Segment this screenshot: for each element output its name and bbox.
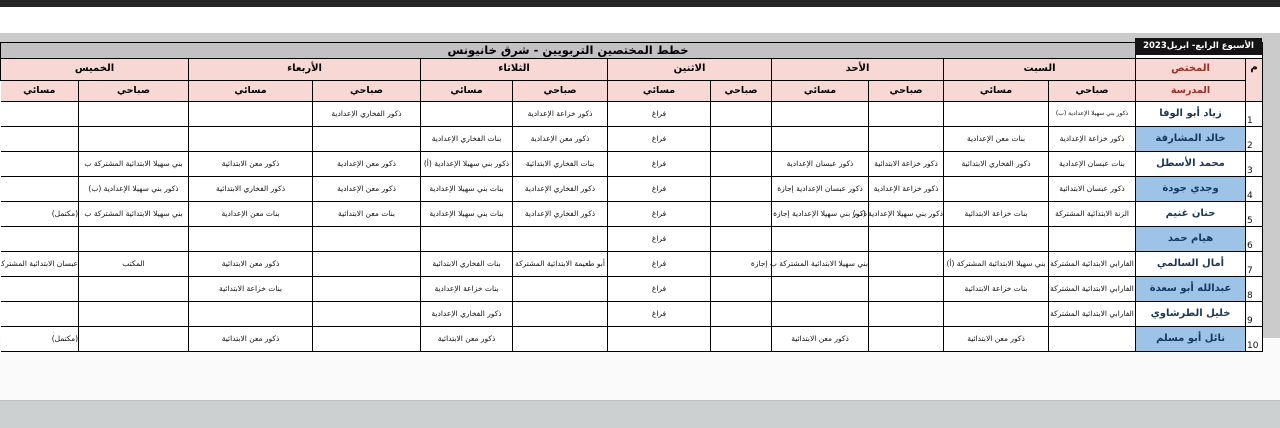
cell-r4-mon_pm[interactable]: فراغ: [608, 177, 711, 202]
cell-r6-mon_am[interactable]: [711, 227, 772, 252]
cell-r1-mon_pm[interactable]: فراغ: [608, 102, 711, 127]
cell-r7-sat_pm[interactable]: بني سهيلا الابتدائية المشتركة (أ): [944, 252, 1049, 277]
row-number-9[interactable]: 9: [1246, 302, 1263, 327]
schedule-row-4: 4وجدي جودةذكور عبسان الابتدائيةذكور خزاع…: [1, 177, 1263, 202]
cell-r7-sun_pm[interactable]: بني سهيلا الابتدائية المشتركة ب إجازة: [772, 252, 869, 277]
cell-r3-tue_pm[interactable]: ذكور بني سهيلا الإعدادية (أ): [421, 152, 513, 177]
cell-r10-mon_am[interactable]: [711, 327, 772, 352]
day-header-sat[interactable]: السبت: [944, 59, 1136, 81]
cell-r5-tue_pm[interactable]: بنات بني سهيلا الإعدادية: [421, 202, 513, 227]
cell-r8-wed_pm[interactable]: بنات خزاعة الابتدائية: [189, 277, 313, 302]
row-number-1[interactable]: 1: [1246, 102, 1263, 127]
period-sat-morning[interactable]: صباحي: [1049, 81, 1136, 102]
cell-r6-sat_am[interactable]: [1049, 227, 1136, 252]
cell-r1-wed_pm[interactable]: [189, 102, 313, 127]
cell-r1-mon_am[interactable]: [711, 102, 772, 127]
cell-r9-sun_am[interactable]: [869, 302, 944, 327]
cell-r7-wed_pm[interactable]: ذكور معن الابتدائية: [189, 252, 313, 277]
cell-r3-thu_am[interactable]: بني سهيلا الابتدائية المشتركة ب: [79, 152, 189, 177]
cell-r7-thu_am[interactable]: المكتب: [79, 252, 189, 277]
period-thu-morning[interactable]: صباحي: [79, 81, 189, 102]
day-header-sun[interactable]: الأحد: [772, 59, 944, 81]
period-sun-morning[interactable]: صباحي: [869, 81, 944, 102]
cell-r3-mon_am[interactable]: [711, 152, 772, 177]
cell-r8-tue_pm[interactable]: بنات خزاعة الإعدادية: [421, 277, 513, 302]
cell-r9-thu_am[interactable]: [79, 302, 189, 327]
cell-r1-tue_am[interactable]: ذكور خزاعة الإعدادية: [513, 102, 608, 127]
cell-r8-mon_pm[interactable]: فراغ: [608, 277, 711, 302]
row-number-6[interactable]: 6: [1246, 227, 1263, 252]
cell-r5-tue_am[interactable]: ذكور الفخاري الإعدادية: [513, 202, 608, 227]
cell-r10-wed_am[interactable]: [313, 327, 421, 352]
cell-r4-tue_pm[interactable]: بنات بني سهيلا الإعدادية: [421, 177, 513, 202]
cell-r7-wed_am[interactable]: [313, 252, 421, 277]
row-number-5[interactable]: 5: [1246, 202, 1263, 227]
sheet-title[interactable]: خطط المختصين التربويين - شرق خانيونس: [1, 43, 1136, 59]
cell-r6-tue_pm[interactable]: [421, 227, 513, 252]
row-number-4[interactable]: 4: [1246, 177, 1263, 202]
cell-r8-thu_am[interactable]: [79, 277, 189, 302]
cell-r2-thu_pm[interactable]: [1, 127, 79, 152]
cell-r8-mon_am[interactable]: [711, 277, 772, 302]
period-thu-evening[interactable]: مسائي: [1, 81, 79, 102]
specialist-header[interactable]: المختص: [1136, 59, 1246, 81]
cell-r3-sat_am[interactable]: بنات عبسان الإعدادية: [1049, 152, 1136, 177]
cell-r10-sat_am[interactable]: [1049, 327, 1136, 352]
cell-r1-sat_am[interactable]: ذكور بني سهيلا الإعدادية (ب): [1049, 102, 1136, 127]
specialist-name-1[interactable]: زياد أبو الوفا: [1136, 102, 1246, 127]
row-number-10[interactable]: 10: [1246, 327, 1263, 352]
cell-r5-wed_am[interactable]: بنات معن الابتدائية: [313, 202, 421, 227]
cell-r1-sat_pm[interactable]: [944, 102, 1049, 127]
cell-r2-wed_am[interactable]: [313, 127, 421, 152]
period-mon-evening[interactable]: مسائي: [608, 81, 711, 102]
cell-r3-sat_pm[interactable]: ذكور الفخاري الابتدائية: [944, 152, 1049, 177]
cell-r9-wed_pm[interactable]: [189, 302, 313, 327]
cell-r3-wed_am[interactable]: ذكور معن الإعدادية: [313, 152, 421, 177]
cell-r3-thu_pm[interactable]: [1, 152, 79, 177]
schedule-row-10: 10نائل أبو مسلمذكور معن الابتدائيةذكور م…: [1, 327, 1263, 352]
specialist-name-9[interactable]: خليل الطرشاوي: [1136, 302, 1246, 327]
cell-r5-sat_am[interactable]: الزنة الابتدائية المشتركة: [1049, 202, 1136, 227]
cell-r4-tue_am[interactable]: ذكور الفخاري الإعدادية: [513, 177, 608, 202]
period-tue-evening[interactable]: مسائي: [421, 81, 513, 102]
schedule-row-2: 2خالد المشارفةذكور خزاعة الإعداديةبنات م…: [1, 127, 1263, 152]
cell-r2-sat_pm[interactable]: بنات معن الإعدادية: [944, 127, 1049, 152]
toolbar-strip: [0, 33, 1280, 42]
cell-r7-tue_pm[interactable]: بنات الفخاري الابتدائية: [421, 252, 513, 277]
cell-r2-sun_am[interactable]: [869, 127, 944, 152]
cell-r1-wed_am[interactable]: ذكور الفخاري الإعدادية: [313, 102, 421, 127]
cell-r8-sat_pm[interactable]: بنات خزاعة الابتدائية: [944, 277, 1049, 302]
cell-r4-sat_am[interactable]: ذكور عبسان الابتدائية: [1049, 177, 1136, 202]
cell-r10-sat_pm[interactable]: ذكور معن الابتدائية: [944, 327, 1049, 352]
cell-r4-sun_pm[interactable]: ذكور عبسان الإعدادية إجازة: [772, 177, 869, 202]
specialist-name-8[interactable]: عبدالله أبو سعدة: [1136, 277, 1246, 302]
cell-r5-thu_pm[interactable]: (مكتمل): [1, 202, 79, 227]
row-number-3[interactable]: 3: [1246, 152, 1263, 177]
cell-r1-thu_pm[interactable]: [1, 102, 79, 127]
period-wed-evening[interactable]: مسائي: [189, 81, 313, 102]
cell-r3-sun_pm[interactable]: ذكور عبسان الإعدادية: [772, 152, 869, 177]
cell-r8-sun_pm[interactable]: [772, 277, 869, 302]
cell-r2-sun_pm[interactable]: [772, 127, 869, 152]
cell-r2-tue_pm[interactable]: بنات الفخاري الإعدادية: [421, 127, 513, 152]
cell-r7-sun_am[interactable]: [869, 252, 944, 277]
cell-r9-tue_pm[interactable]: ذكور الفخاري الإعدادية: [421, 302, 513, 327]
cell-r8-tue_am[interactable]: [513, 277, 608, 302]
row-number-2[interactable]: 2: [1246, 127, 1263, 152]
schedule-row-5: 5حنان غنيمالزنة الابتدائية المشتركةبنات …: [1, 202, 1263, 227]
cell-r10-tue_pm[interactable]: ذكور معن الابتدائية: [421, 327, 513, 352]
cell-r9-mon_am[interactable]: [711, 302, 772, 327]
specialist-name-6[interactable]: هيام حمد: [1136, 227, 1246, 252]
specialist-name-2[interactable]: خالد المشارفة: [1136, 127, 1246, 152]
period-mon-morning[interactable]: صباحي: [711, 81, 772, 102]
cell-r9-mon_pm[interactable]: فراغ: [608, 302, 711, 327]
cell-r4-mon_am[interactable]: [711, 177, 772, 202]
cell-r4-sat_pm[interactable]: [944, 177, 1049, 202]
cell-r6-thu_pm[interactable]: [1, 227, 79, 252]
cell-r5-wed_pm[interactable]: بنات معن الإعدادية: [189, 202, 313, 227]
window-bottom-strip: [0, 400, 1280, 428]
cell-r2-wed_pm[interactable]: [189, 127, 313, 152]
cell-r6-tue_am[interactable]: [513, 227, 608, 252]
cell-r10-tue_am[interactable]: [513, 327, 608, 352]
cell-r6-mon_pm[interactable]: فراغ: [608, 227, 711, 252]
cell-r2-sat_am[interactable]: ذكور خزاعة الإعدادية: [1049, 127, 1136, 152]
schedule-row-6: 6هيام حمدفراغ: [1, 227, 1263, 252]
cell-r6-wed_pm[interactable]: [189, 227, 313, 252]
cell-r5-thu_am[interactable]: بني سهيلا الابتدائية المشتركة ب: [79, 202, 189, 227]
cell-r1-sun_am[interactable]: [869, 102, 944, 127]
day-header-wed[interactable]: الأربعاء: [189, 59, 421, 81]
schedule-table: خطط المختصين التربويين - شرق خانيونسمالم…: [0, 42, 1263, 352]
cell-r4-wed_pm[interactable]: ذكور الفخاري الابتدائية: [189, 177, 313, 202]
day-header-tue[interactable]: الثلاثاء: [421, 59, 608, 81]
cell-r2-thu_am[interactable]: [79, 127, 189, 152]
specialist-name-7[interactable]: أمال السالمي: [1136, 252, 1246, 277]
cell-r7-sat_am[interactable]: الفارابي الابتدائية المشتركة: [1049, 252, 1136, 277]
schedule-row-3: 3محمد الأسطلبنات عبسان الإعداديةذكور الف…: [1, 152, 1263, 177]
school-header[interactable]: المدرسة: [1136, 81, 1246, 102]
period-wed-morning[interactable]: صباحي: [313, 81, 421, 102]
day-header-mon[interactable]: الاثنين: [608, 59, 772, 81]
cell-r5-sun_am[interactable]: ذكور بني سهيلا الإعدادية (ب): [869, 202, 944, 227]
day-header-thu[interactable]: الخميس: [1, 59, 189, 81]
cell-r2-mon_am[interactable]: [711, 127, 772, 152]
cell-r3-tue_am[interactable]: بنات الفخاري الابتدائية: [513, 152, 608, 177]
cell-r4-sun_am[interactable]: ذكور خزاعة الإعدادية: [869, 177, 944, 202]
cell-r10-thu_am[interactable]: [79, 327, 189, 352]
cell-r8-thu_pm[interactable]: [1, 277, 79, 302]
cell-r6-thu_am[interactable]: [79, 227, 189, 252]
sheet-right-margin: [1262, 42, 1280, 338]
specialist-name-3[interactable]: محمد الأسطل: [1136, 152, 1246, 177]
cell-r10-sun_pm[interactable]: ذكور معن الابتدائية: [772, 327, 869, 352]
cell-r8-sun_am[interactable]: [869, 277, 944, 302]
cell-r10-thu_pm[interactable]: (مكتمل): [1, 327, 79, 352]
cell-r10-wed_pm[interactable]: ذكور معن الابتدائية: [189, 327, 313, 352]
cell-r7-tue_am[interactable]: أبو طعيمة الابتدائية المشتركة: [513, 252, 608, 277]
cell-r9-thu_pm[interactable]: [1, 302, 79, 327]
period-tue-morning[interactable]: صباحي: [513, 81, 608, 102]
cell-r2-mon_pm[interactable]: فراغ: [608, 127, 711, 152]
cell-r2-tue_am[interactable]: ذكور معن الإعدادية: [513, 127, 608, 152]
cell-r3-mon_pm[interactable]: فراغ: [608, 152, 711, 177]
cell-r9-tue_am[interactable]: [513, 302, 608, 327]
specialist-name-10[interactable]: نائل أبو مسلم: [1136, 327, 1246, 352]
cell-r7-mon_pm[interactable]: فراغ: [608, 252, 711, 277]
cell-r6-sun_pm[interactable]: [772, 227, 869, 252]
cell-r4-wed_am[interactable]: ذكور معن الإعدادية: [313, 177, 421, 202]
cell-r8-sat_am[interactable]: الفارابي الابتدائية المشتركة: [1049, 277, 1136, 302]
cell-r5-sun_pm[interactable]: ذكور بني سهيلا الإعدادية إجازة: [772, 202, 869, 227]
cell-r1-sun_pm[interactable]: [772, 102, 869, 127]
schedule-row-9: 9خليل الطرشاويالفارابي الابتدائية المشتر…: [1, 302, 1263, 327]
row-number-7[interactable]: 7: [1246, 252, 1263, 277]
cell-r9-wed_am[interactable]: [313, 302, 421, 327]
cell-r10-sun_am[interactable]: [869, 327, 944, 352]
spreadsheet: خطط المختصين التربويين - شرق خانيونسمالم…: [0, 42, 1263, 352]
cell-r6-sat_pm[interactable]: [944, 227, 1049, 252]
cell-r7-thu_pm[interactable]: عبسان الابتدائية المشتركة: [1, 252, 79, 277]
cell-r5-mon_am[interactable]: [711, 202, 772, 227]
row-number-8[interactable]: 8: [1246, 277, 1263, 302]
cell-r3-sun_am[interactable]: ذكور خزاعة الابتدائية: [869, 152, 944, 177]
schedule-row-8: 8عبدالله أبو سعدةالفارابي الابتدائية الم…: [1, 277, 1263, 302]
cell-r5-mon_pm[interactable]: فراغ: [608, 202, 711, 227]
week-badge[interactable]: الأسبوع الرابع- ابريل2023: [1135, 38, 1262, 55]
cell-r10-mon_pm[interactable]: [608, 327, 711, 352]
specialist-name-4[interactable]: وجدي جودة: [1136, 177, 1246, 202]
cell-r5-sat_pm[interactable]: بنات خزاعة الابتدائية: [944, 202, 1049, 227]
cell-r6-sun_am[interactable]: [869, 227, 944, 252]
cell-r8-wed_am[interactable]: [313, 277, 421, 302]
cell-r3-wed_pm[interactable]: ذكور معن الابتدائية: [189, 152, 313, 177]
cell-r1-thu_am[interactable]: [79, 102, 189, 127]
cell-r9-sat_am[interactable]: الفارابي الابتدائية المشتركة: [1049, 302, 1136, 327]
schedule-row-7: 7أمال السالميالفارابي الابتدائية المشترك…: [1, 252, 1263, 277]
cell-r9-sun_pm[interactable]: [772, 302, 869, 327]
cell-r9-sat_pm[interactable]: [944, 302, 1049, 327]
cell-r1-tue_pm[interactable]: [421, 102, 513, 127]
num-column-header[interactable]: م: [1246, 59, 1263, 102]
period-sun-evening[interactable]: مسائي: [772, 81, 869, 102]
cell-r4-thu_pm[interactable]: [1, 177, 79, 202]
schedule-row-1: 1زياد أبو الوفاذكور بني سهيلا الإعدادية …: [1, 102, 1263, 127]
cell-r6-wed_am[interactable]: [313, 227, 421, 252]
cell-r4-thu_am[interactable]: ذكور بني سهيلا الإعدادية (ب): [79, 177, 189, 202]
window-top-bar: [0, 0, 1280, 7]
period-sat-evening[interactable]: مسائي: [944, 81, 1049, 102]
specialist-name-5[interactable]: حنان غنيم: [1136, 202, 1246, 227]
